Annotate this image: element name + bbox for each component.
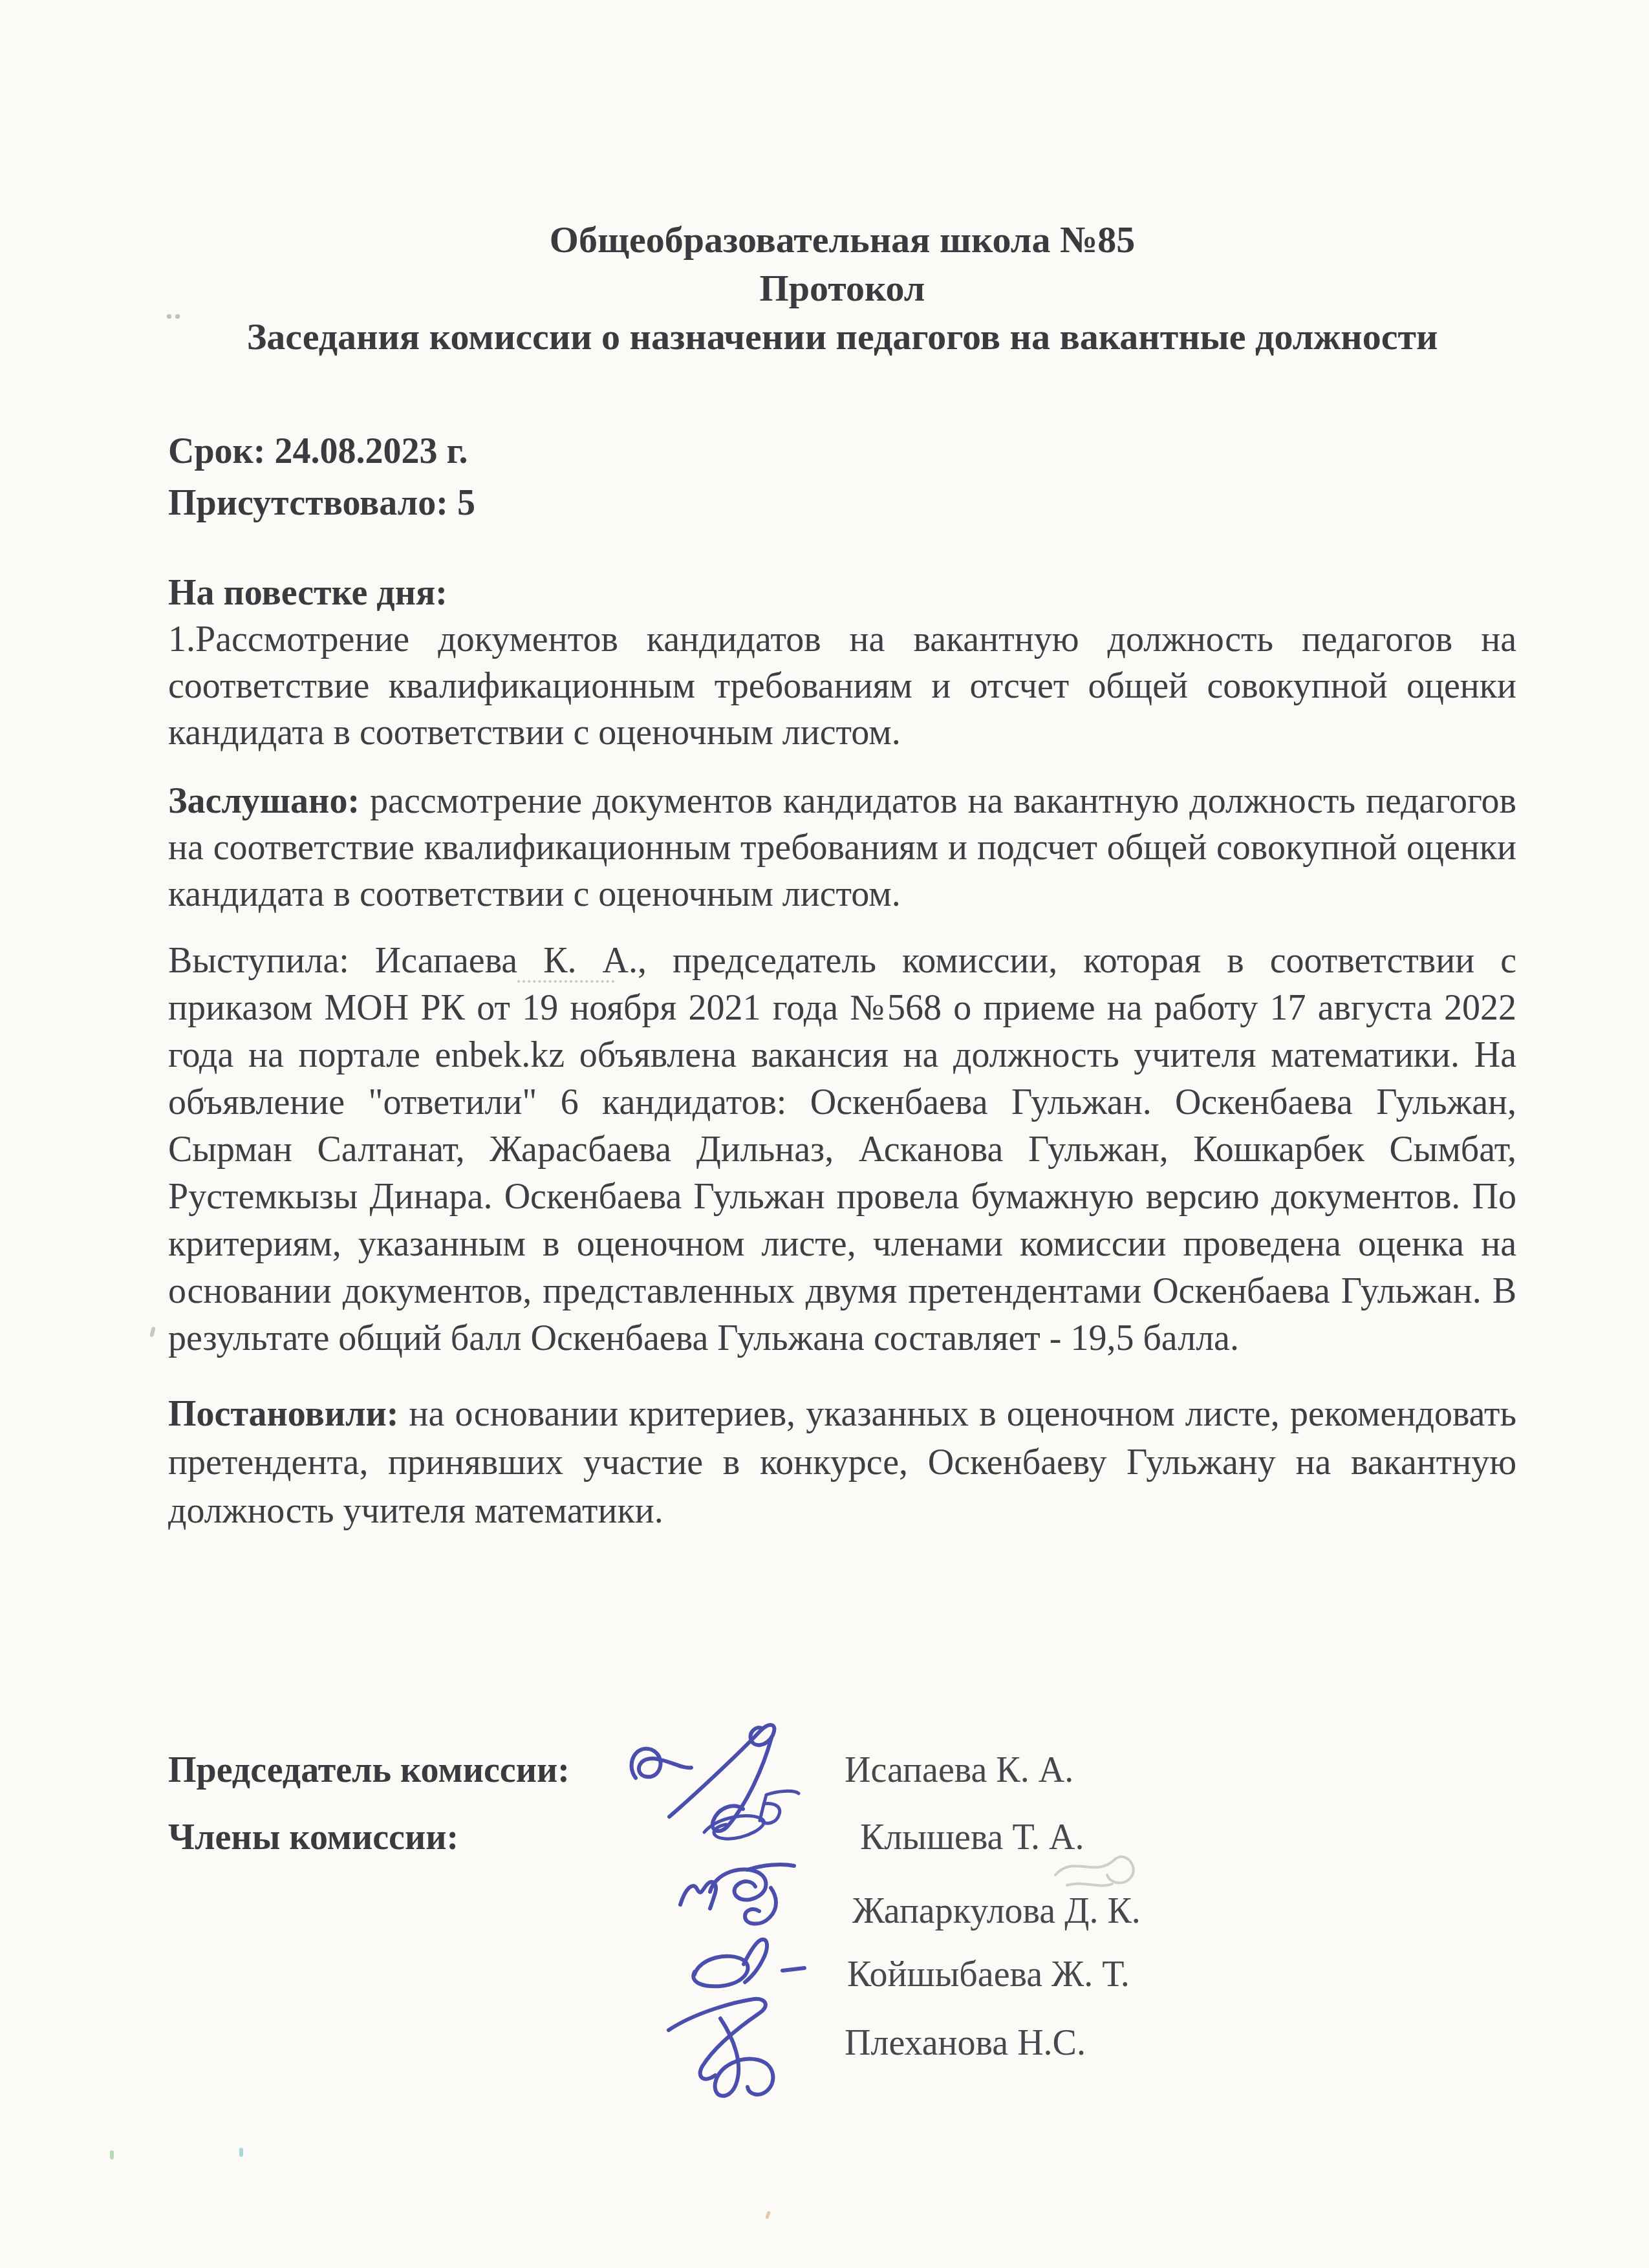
- scan-artifact-dotted-line: [517, 980, 614, 983]
- meta-attended-line: Присутствовало: 5: [168, 477, 1516, 529]
- agenda-heading: На повестке дня:: [168, 573, 447, 613]
- member-name-4: Плеханова Н.С.: [845, 2022, 1086, 2064]
- scan-artifact-comma: [149, 1327, 156, 1338]
- agenda-item: 1.Рассмотрение документов кандидатов на …: [168, 616, 1516, 756]
- signature-area: Председатель комиссии: Исапаева К. А. Чл…: [168, 1739, 1526, 2192]
- meta-date-line: Срок: 24.08.2023 г.: [168, 425, 1516, 477]
- signature-plekhanova-ink: [653, 1990, 834, 2110]
- meta-attended-value: 5: [457, 483, 475, 523]
- chairman-name: Исапаева К. А.: [845, 1749, 1073, 1791]
- document-title: Общеобразовательная школа №85 Протокол З…: [168, 215, 1516, 361]
- meta-date-value: 24.08.2023 г.: [275, 431, 468, 471]
- heard-text: рассмотрение документов кандидатов на ва…: [168, 781, 1516, 914]
- signature-zhaparkulova-ink: [673, 1850, 802, 1931]
- signature-klysheva-ink: [695, 1786, 805, 1850]
- members-label: Члены комиссии:: [168, 1817, 458, 1858]
- chairman-label: Председатель комиссии:: [168, 1749, 570, 1791]
- document-content: Общеобразовательная школа №85 Протокол З…: [168, 0, 1516, 1535]
- scanned-protocol-page: Общеобразовательная школа №85 Протокол З…: [0, 0, 1649, 2268]
- scan-artifact-speck-amber: [765, 2211, 771, 2220]
- scan-artifact-speck-teal: [239, 2148, 243, 2157]
- resolved-section: Постановили: на основании критериев, ука…: [168, 1390, 1516, 1535]
- stamp-mark: [1048, 1835, 1158, 1899]
- agenda-section: На повестке дня: 1.Рассмотрение документ…: [168, 570, 1516, 756]
- speech-text: Выступила: Исапаева К. А., председатель …: [168, 937, 1516, 1362]
- heard-section: Заслушано: рассмотрение документов канди…: [168, 778, 1516, 917]
- speech-section: Выступила: Исапаева К. А., председатель …: [168, 937, 1516, 1362]
- meta-date-label: Срок:: [168, 431, 266, 471]
- meta-block: Срок: 24.08.2023 г. Присутствовало: 5: [168, 425, 1516, 529]
- scan-artifact-speck-green: [110, 2150, 114, 2159]
- title-school-line: Общеобразовательная школа №85: [168, 215, 1516, 264]
- title-protocol-line: Протокол: [168, 264, 1516, 312]
- resolved-label: Постановили:: [168, 1394, 398, 1434]
- title-subject-line: Заседания комиссии о назначении педагого…: [168, 312, 1516, 361]
- heard-label: Заслушано:: [168, 781, 360, 821]
- scan-artifact-dots: [167, 310, 184, 316]
- member-name-3: Койшыбаева Ж. Т.: [847, 1954, 1130, 1995]
- meta-attended-label: Присутствовало:: [168, 483, 448, 523]
